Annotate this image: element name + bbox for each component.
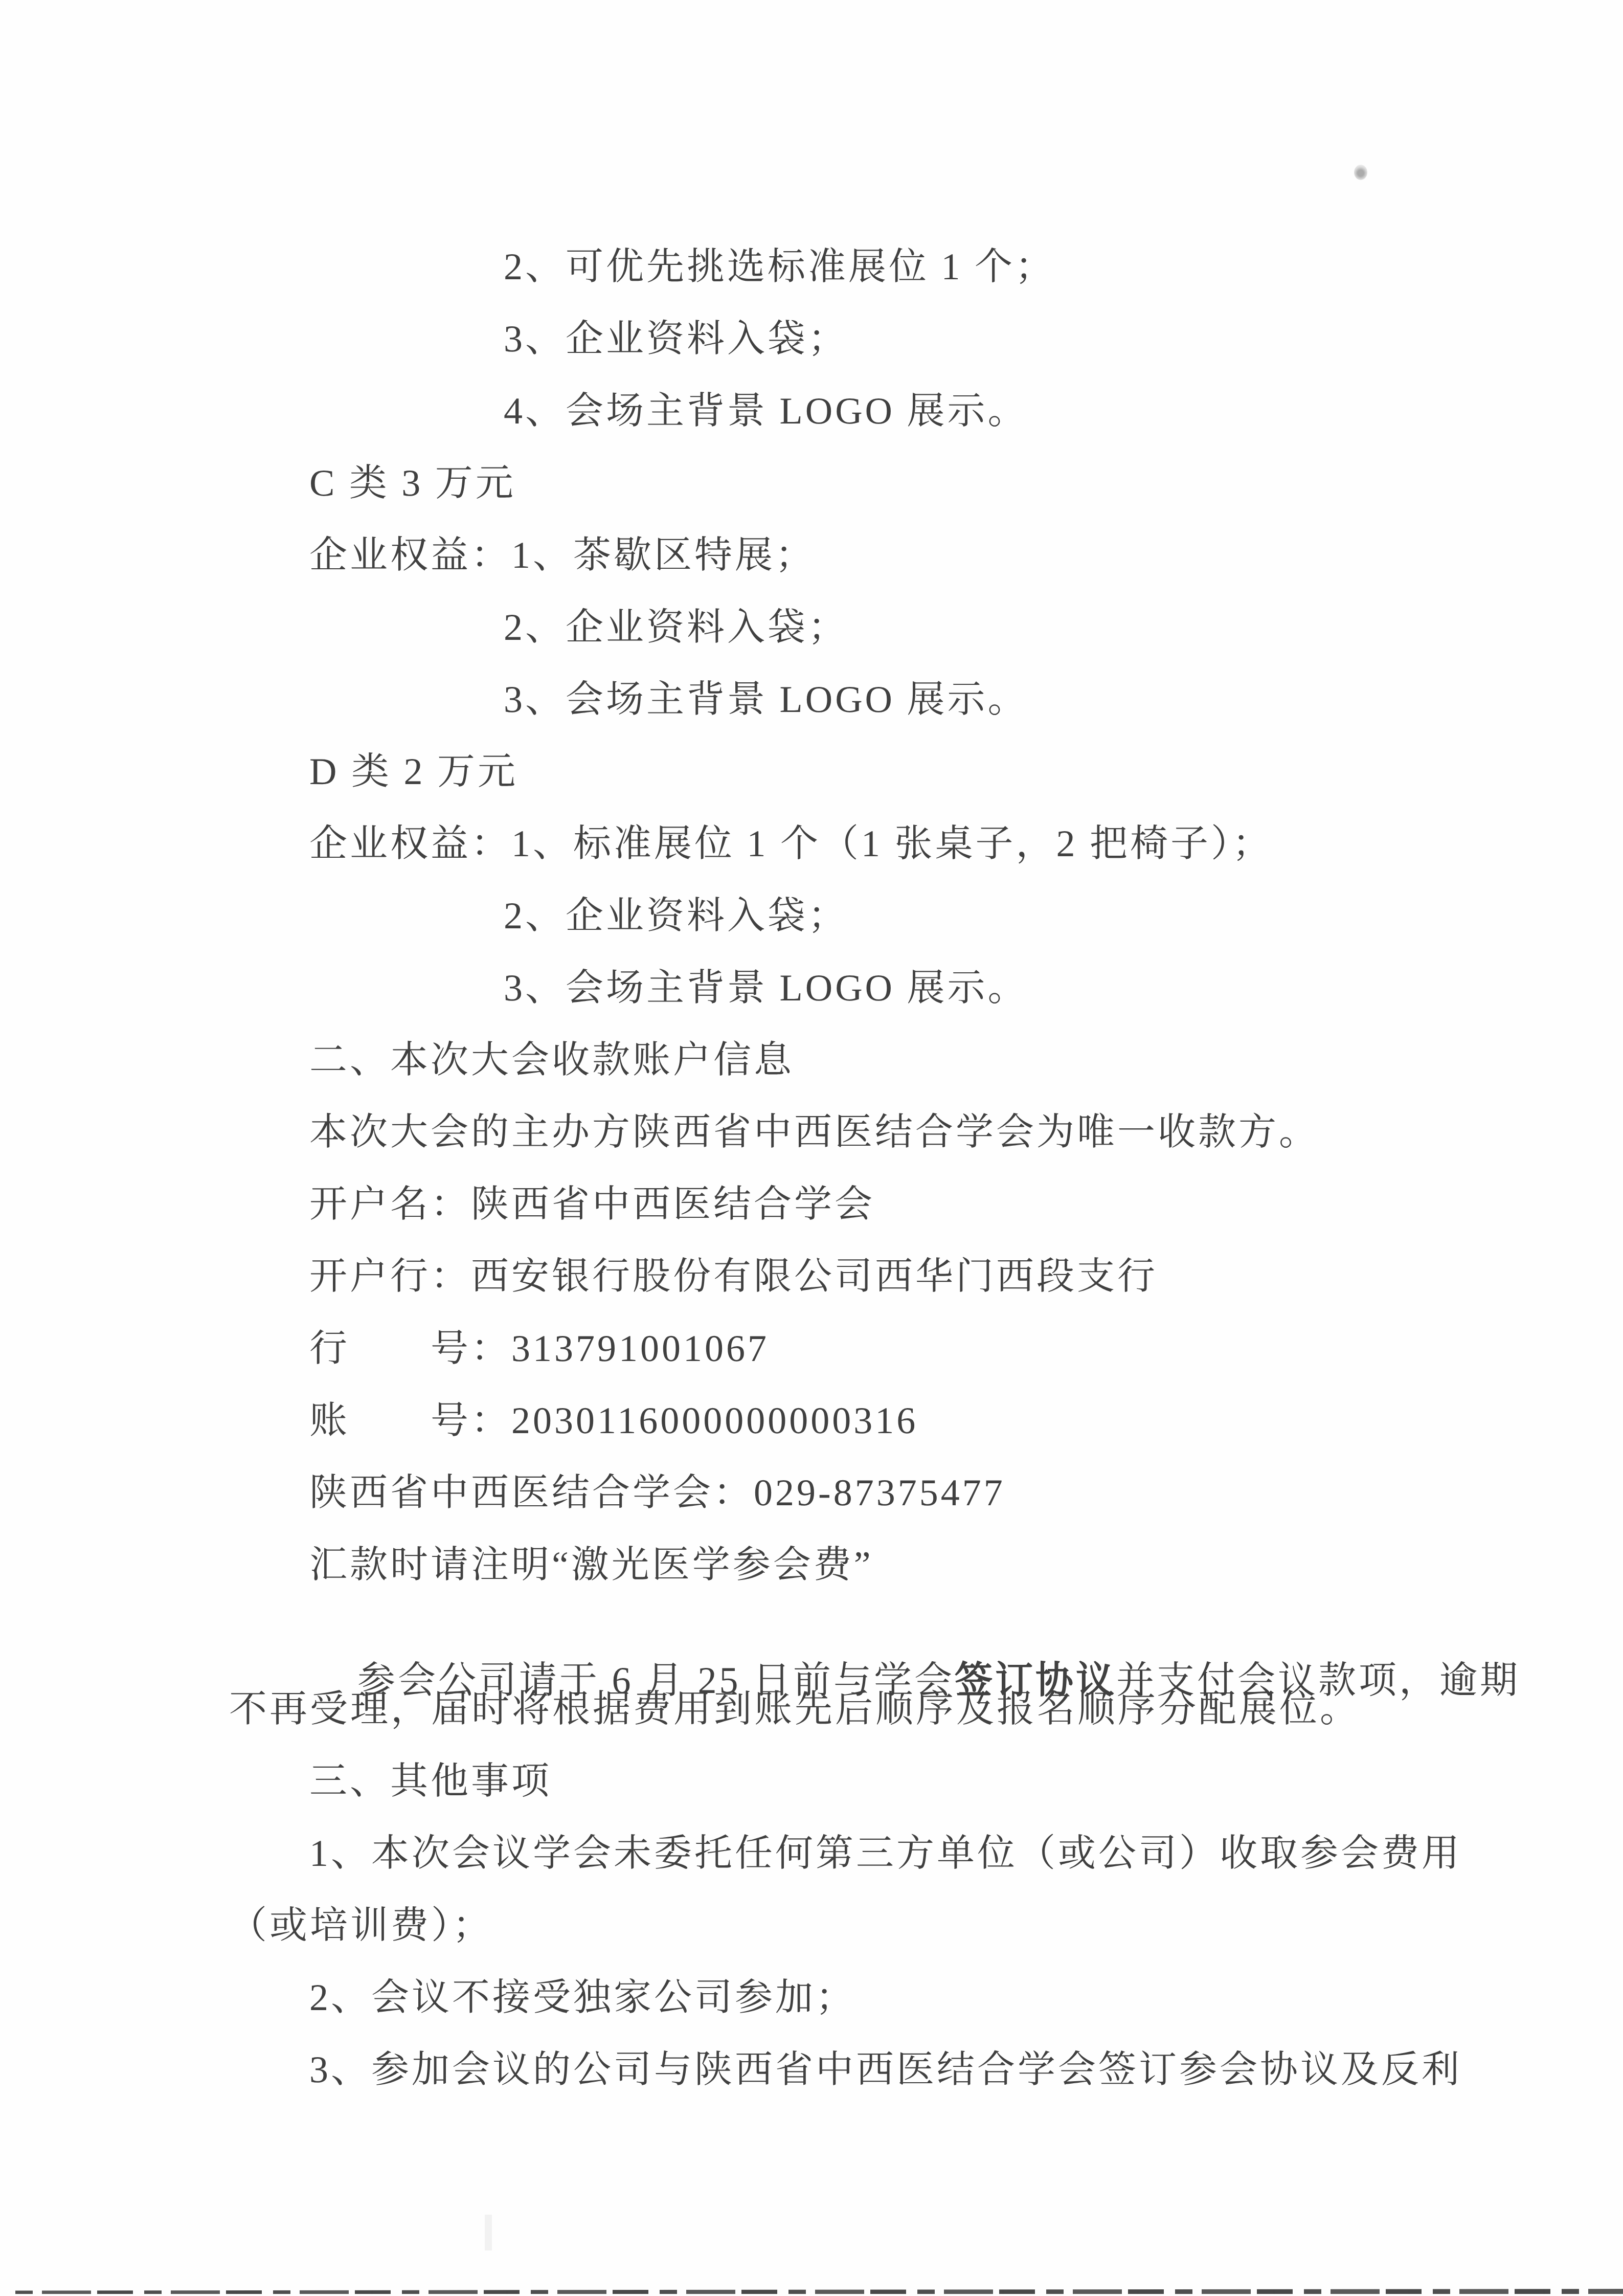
bank-account-number: 账 号：2030116000000000316 [309, 1399, 918, 1443]
tier-d-benefit-3: 3、会场主背景 LOGO 展示。 [504, 967, 1028, 1010]
remittance-note: 汇款时请注明“激光医学参会费” [309, 1544, 873, 1587]
tier-c-benefit-2: 2、企业资料入袋； [504, 606, 848, 650]
benefit-item-b4: 4、会场主背景 LOGO 展示。 [504, 390, 1028, 433]
tier-d-benefit-1: 企业权益：1、标准展位 1 个（1 张桌子，2 把椅子）； [309, 822, 1273, 866]
account-holder-name: 开户名：陕西省中西医结合学会 [309, 1183, 875, 1227]
scanned-document-page: 2、可优先挑选标准展位 1 个； 3、企业资料入袋； 4、会场主背景 LOGO … [0, 0, 1623, 2296]
other-item-3: 3、参加会议的公司与陕西省中西医结合学会签订参会协议及反利 [309, 2048, 1462, 2092]
deadline-sentence-cont: 不再受理，届时将根据费用到账先后顺序及报名顺序分配展位。 [229, 1688, 1360, 1731]
benefit-item-b2: 2、可优先挑选标准展位 1 个； [504, 246, 1055, 289]
tier-d-benefit-2: 2、企业资料入袋； [504, 895, 848, 938]
payee-statement: 本次大会的主办方陕西省中西医结合学会为唯一收款方。 [309, 1111, 1319, 1154]
tier-c-benefit-3: 3、会场主背景 LOGO 展示。 [504, 678, 1028, 722]
tier-c-benefit-1: 企业权益：1、茶歇区特展； [309, 534, 816, 577]
other-item-2: 2、会议不接受独家公司参加； [309, 1976, 856, 2020]
tier-d-heading: D 类 2 万元 [309, 750, 518, 794]
society-phone-number: 陕西省中西医结合学会：029-87375477 [309, 1472, 1005, 1515]
scan-speck-artifact [1354, 165, 1367, 180]
bank-routing-number: 行 号：313791001067 [309, 1327, 769, 1371]
scan-edge-noise-artifact [15, 2288, 1623, 2294]
bank-branch-name: 开户行：西安银行股份有限公司西华门西段支行 [309, 1255, 1158, 1299]
benefit-item-b3: 3、企业资料入袋； [504, 318, 848, 361]
scan-smudge-artifact [485, 2215, 492, 2250]
other-item-1: 1、本次会议学会未委托任何第三方单位（或公司）收取参会费用 [309, 1832, 1462, 1876]
section-2-heading: 二、本次大会收款账户信息 [309, 1039, 794, 1082]
section-3-heading: 三、其他事项 [309, 1760, 552, 1803]
other-item-1-cont: （或培训费）； [229, 1904, 493, 1948]
tier-c-heading: C 类 3 万元 [309, 462, 516, 505]
